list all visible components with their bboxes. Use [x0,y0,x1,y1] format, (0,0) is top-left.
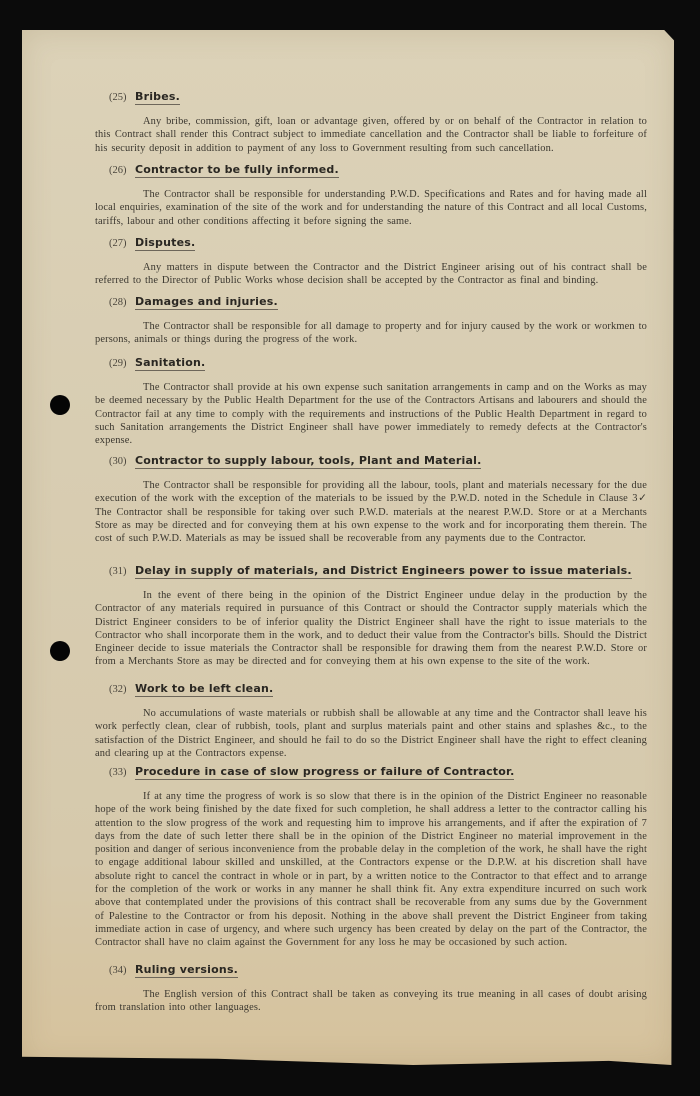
section-heading: (30) Contractor to supply labour, tools,… [109,454,647,474]
section-title: Bribes. [135,90,180,105]
punch-hole [50,395,70,415]
section-sanitation: (29) Sanitation. The Contractor shall pr… [95,356,647,447]
section-body: The Contractor shall be responsible for … [95,320,647,347]
section-slow-progress: (33) Procedure in case of slow progress … [95,765,647,950]
section-body: Any matters in dispute between the Contr… [95,261,647,288]
section-heading: (34) Ruling versions. [109,963,647,983]
section-title: Contractor to be fully informed. [135,163,339,178]
section-number: (33) [109,767,135,778]
punch-hole [50,641,70,661]
section-number: (32) [109,684,135,695]
section-heading: (31) Delay in supply of materials, and D… [109,564,647,584]
section-number: (27) [109,238,135,249]
section-title: Procedure in case of slow progress or fa… [135,765,514,780]
section-number: (29) [109,358,135,369]
section-heading: (25) Bribes. [109,90,647,110]
section-supply-labour: (30) Contractor to supply labour, tools,… [95,454,647,545]
section-body: If at any time the progress of work is s… [95,790,647,950]
section-title: Damages and injuries. [135,295,278,310]
section-body: The Contractor shall be responsible for … [95,479,647,545]
section-contractor-informed: (26) Contractor to be fully informed. Th… [95,163,647,228]
section-title: Disputes. [135,236,195,251]
section-bribes: (25) Bribes. Any bribe, commission, gift… [95,90,647,155]
section-body: The Contractor shall provide at his own … [95,381,647,447]
section-title: Contractor to supply labour, tools, Plan… [135,454,481,469]
section-work-clean: (32) Work to be left clean. No accumulat… [95,682,647,760]
section-ruling-versions: (34) Ruling versions. The English versio… [95,963,647,1015]
section-title: Delay in supply of materials, and Distri… [135,564,632,579]
section-title: Work to be left clean. [135,682,273,697]
section-number: (34) [109,965,135,976]
section-number: (30) [109,456,135,467]
section-damages: (28) Damages and injuries. The Contracto… [95,295,647,347]
section-number: (26) [109,165,135,176]
section-body: No accumulations of waste materials or r… [95,707,647,760]
section-heading: (32) Work to be left clean. [109,682,647,702]
section-number: (28) [109,297,135,308]
section-heading: (33) Procedure in case of slow progress … [109,765,647,785]
section-body: The Contractor shall be responsible for … [95,188,647,228]
section-heading: (27) Disputes. [109,236,647,256]
section-body: The English version of this Contract sha… [95,988,647,1015]
section-title: Ruling versions. [135,963,238,978]
section-heading: (29) Sanitation. [109,356,647,376]
section-delay-supply: (31) Delay in supply of materials, and D… [95,564,647,669]
section-body: Any bribe, commission, gift, loan or adv… [95,115,647,155]
section-number: (31) [109,566,135,577]
section-body: In the event of there being in the opini… [95,589,647,669]
section-heading: (28) Damages and injuries. [109,295,647,315]
section-number: (25) [109,92,135,103]
section-title: Sanitation. [135,356,205,371]
section-disputes: (27) Disputes. Any matters in dispute be… [95,236,647,288]
section-heading: (26) Contractor to be fully informed. [109,163,647,183]
